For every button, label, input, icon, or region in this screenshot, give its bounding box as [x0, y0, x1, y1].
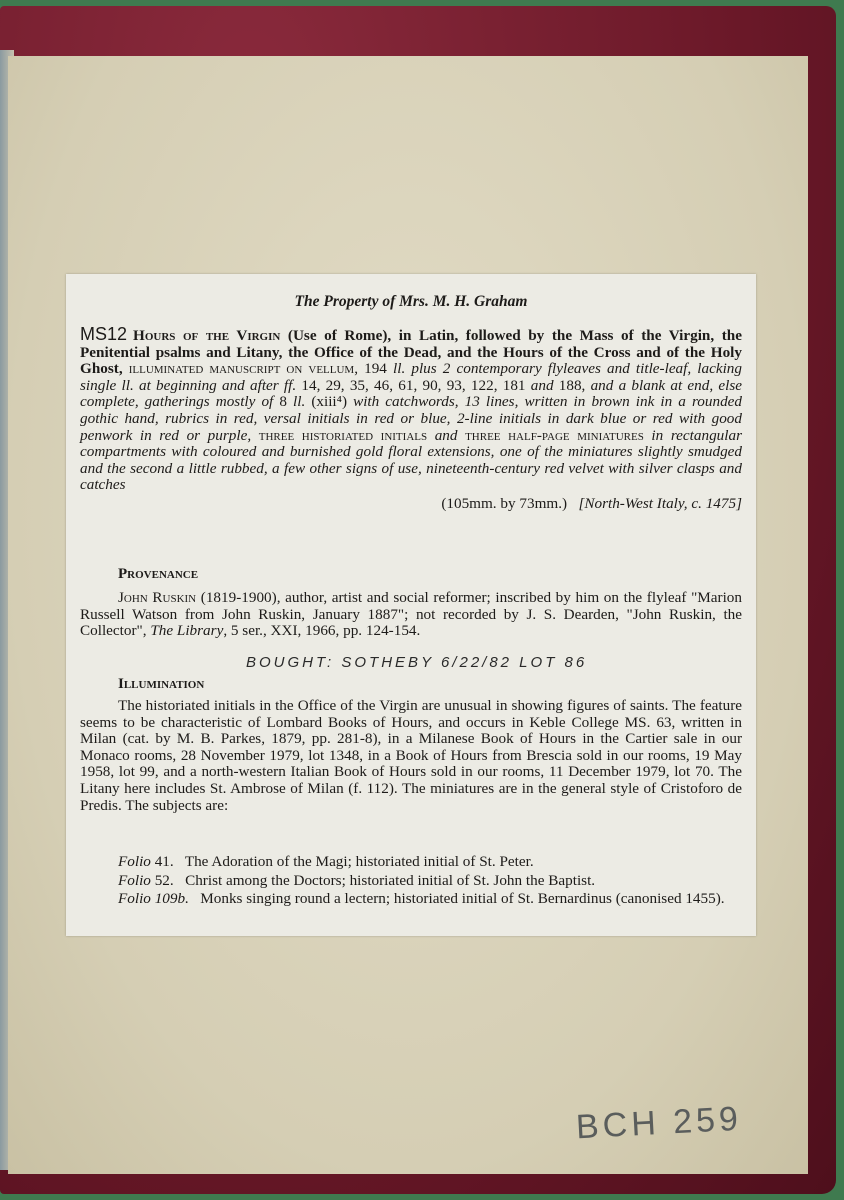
folio-item: Folio 41. The Adoration of the Magi; his… — [80, 854, 742, 871]
clipping-header: The Property of Mrs. M. H. Graham — [66, 294, 756, 311]
folio-item: Folio 52. Christ among the Doctors; hist… — [80, 873, 742, 890]
folio-item: Folio 109b. Monks singing round a lecter… — [80, 891, 742, 908]
handwritten-purchase-note: BOUGHT: SOTHEBY 6/22/82 LOT 86 — [246, 654, 587, 671]
illumination-paragraph: The historiated initials in the Office o… — [80, 698, 742, 814]
dimensions-origin: (105mm. by 73mm.) [North-West Italy, c. … — [80, 496, 742, 513]
folio-list: Folio 41. The Adoration of the Magi; his… — [80, 852, 742, 910]
provenance-heading: Provenance — [118, 566, 198, 583]
description-paragraph: MS12Hours of the Virgin (Use of Rome), i… — [80, 326, 742, 513]
illumination-heading: Illumination — [118, 676, 204, 693]
catalogue-clipping: The Property of Mrs. M. H. Graham MS12Ho… — [66, 274, 756, 936]
provenance-paragraph: John Ruskin (1819-1900), author, artist … — [80, 590, 742, 640]
ms-number-handwritten: MS12 — [80, 324, 127, 344]
